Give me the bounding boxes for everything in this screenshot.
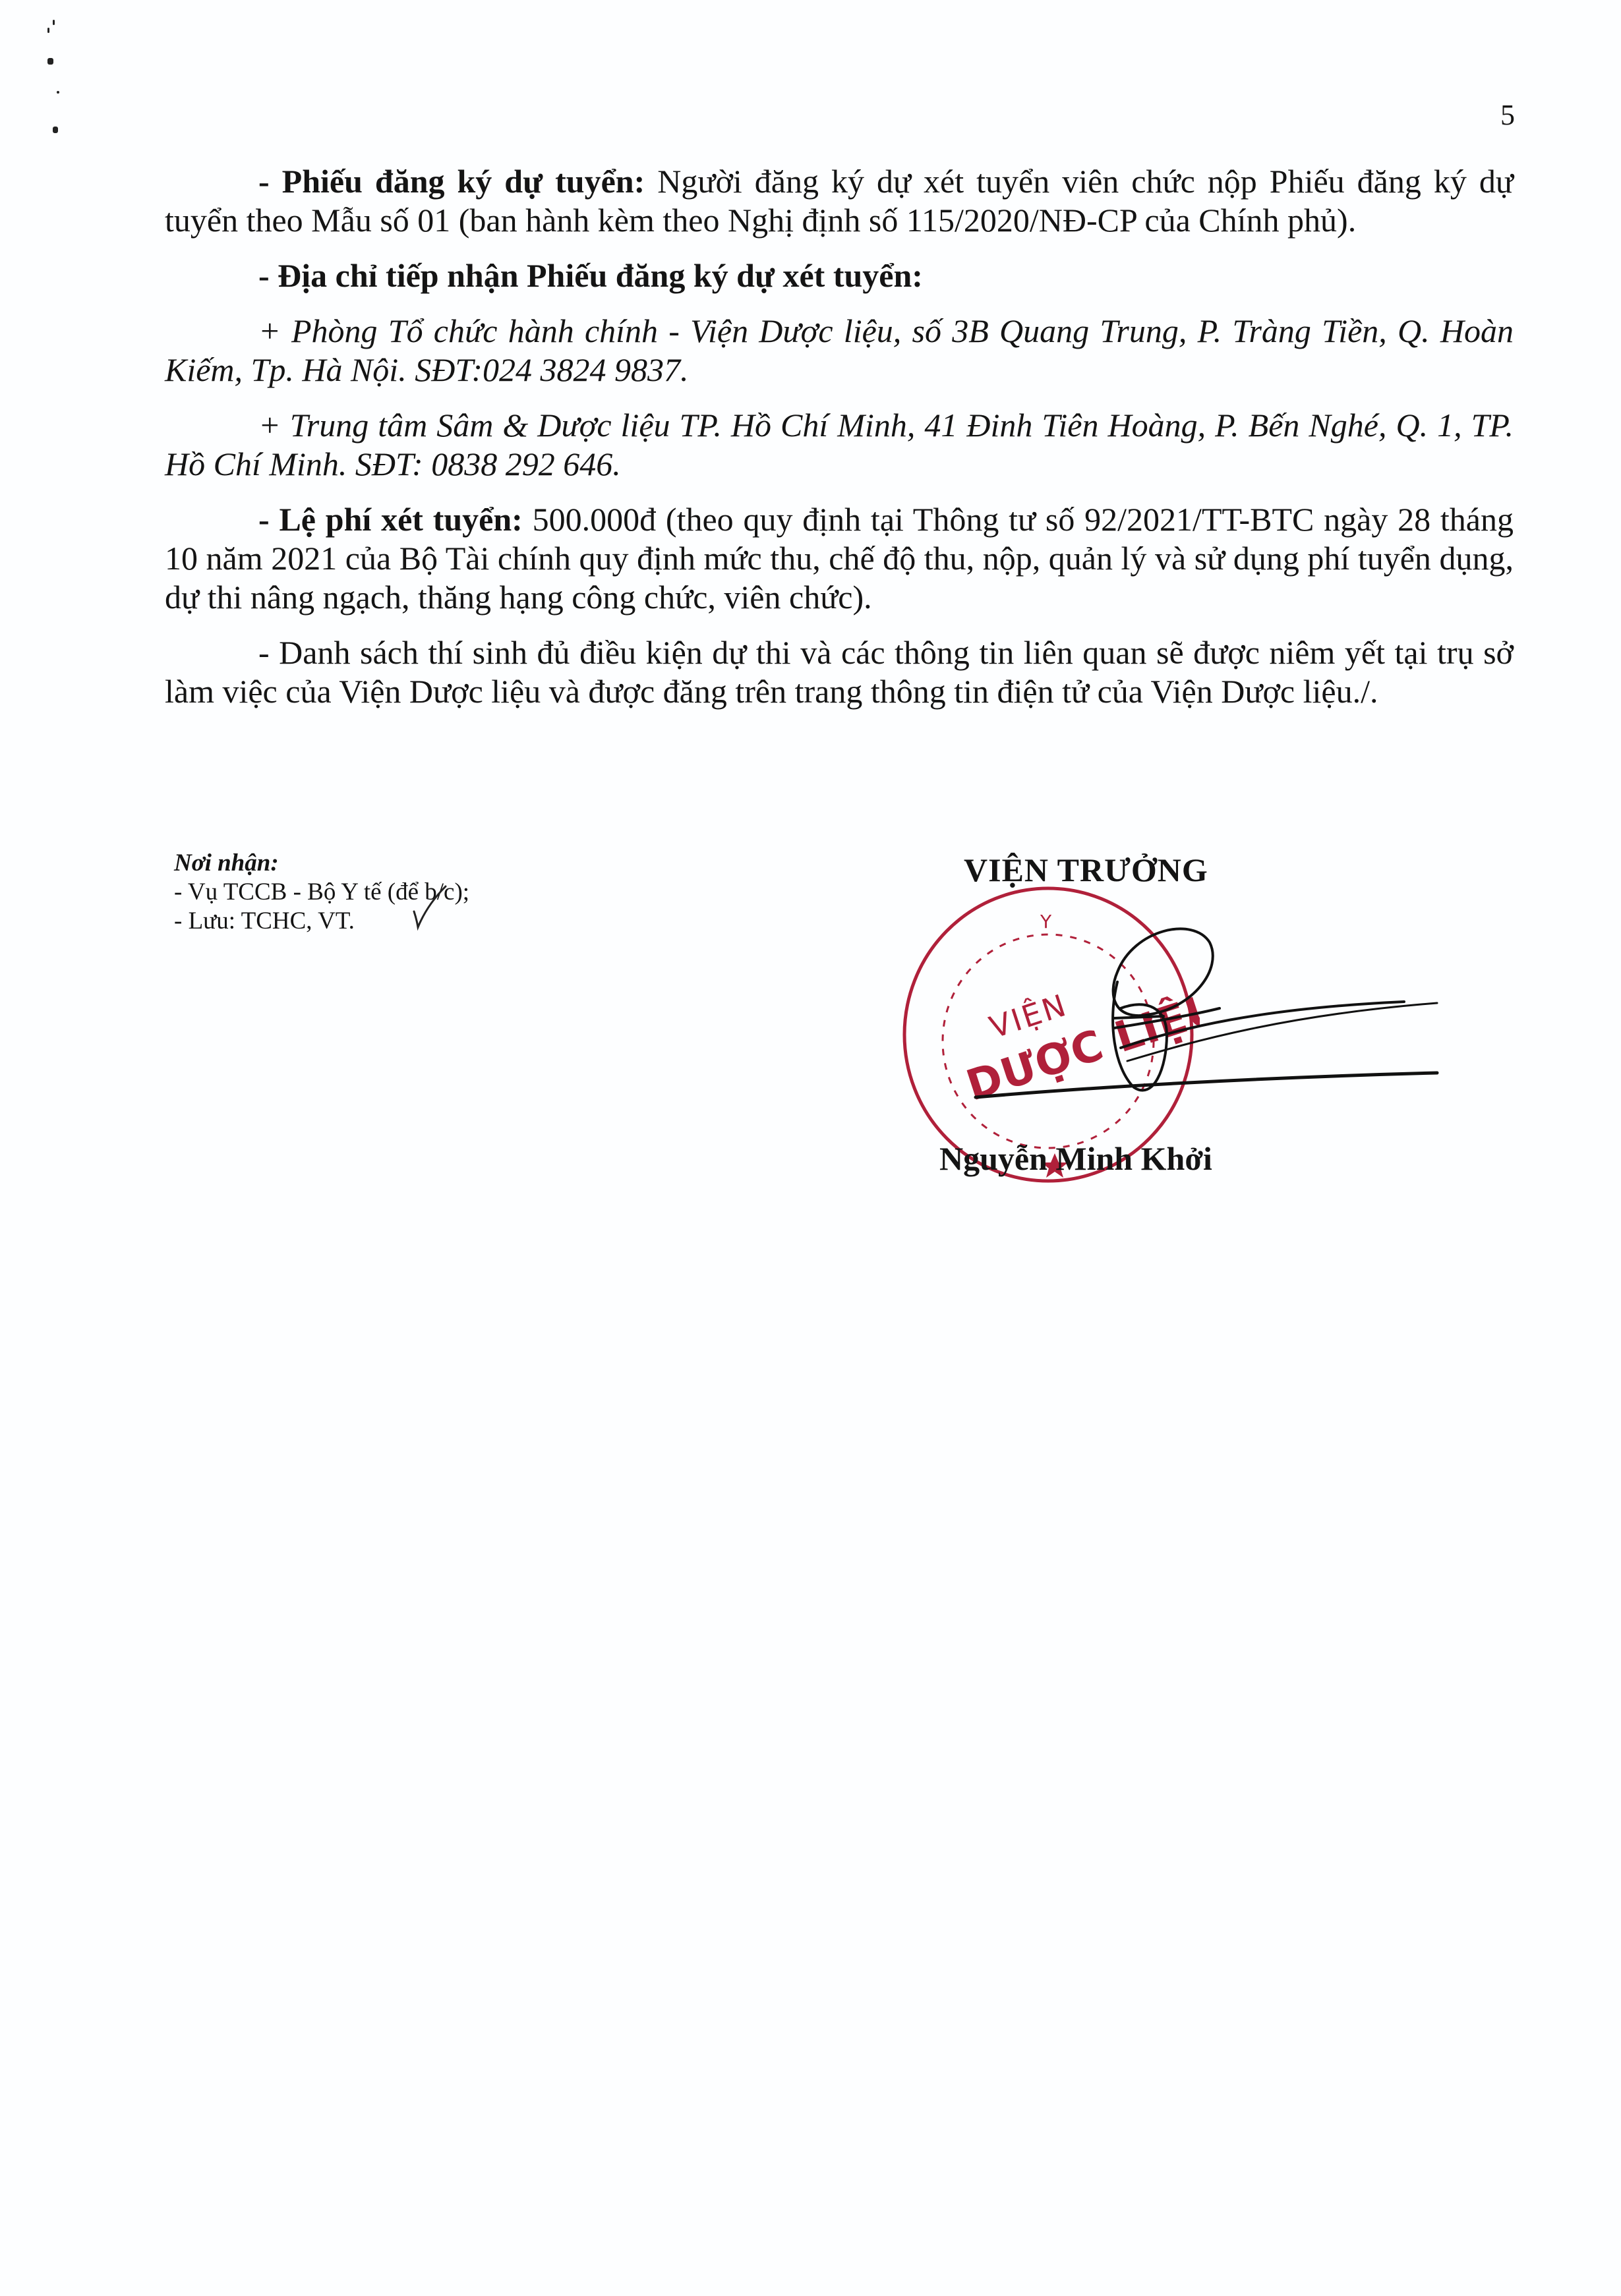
paragraph-application-fee: - Lệ phí xét tuyển: 500.000đ (theo quy đ… [165,500,1514,617]
recipients-heading: Nơi nhận: [174,849,469,878]
scan-artifact-marks [44,20,70,138]
document-page: 5 - Phiếu đăng ký dự tuyển: Người đăng k… [0,0,1621,2296]
paragraph-submission-address-heading: - Địa chỉ tiếp nhận Phiếu đăng ký dự xét… [165,256,1514,295]
signature-block: VIỆN TRƯỞNG Y VIỆN DƯỢC LIỆU Nguyễn Min [916,850,1444,1193]
recipients-block: Nơi nhận: - Vụ TCCB - Bộ Y tế (để b/c); … [174,849,469,936]
page-number: 5 [1500,99,1515,132]
paragraph-candidate-list: - Danh sách thí sinh đủ điều kiện dự thi… [165,633,1514,711]
document-body: - Phiếu đăng ký dự tuyển: Người đăng ký … [165,162,1514,728]
handwritten-checkmark-icon [411,885,451,938]
paragraph-registration-form: - Phiếu đăng ký dự tuyển: Người đăng ký … [165,162,1514,240]
paragraph-address-hanoi: + Phòng Tổ chức hành chính - Viện Dược l… [165,312,1514,389]
paragraph-lead: - Phiếu đăng ký dự tuyển: [258,163,645,200]
paragraph-lead: - Địa chỉ tiếp nhận Phiếu đăng ký dự xét… [258,257,923,294]
paragraph-address-hcmc: + Trung tâm Sâm & Dược liệu TP. Hồ Chí M… [165,406,1514,484]
signer-name: Nguyễn Minh Khởi [939,1139,1212,1178]
paragraph-lead: - Lệ phí xét tuyển: [258,501,523,538]
